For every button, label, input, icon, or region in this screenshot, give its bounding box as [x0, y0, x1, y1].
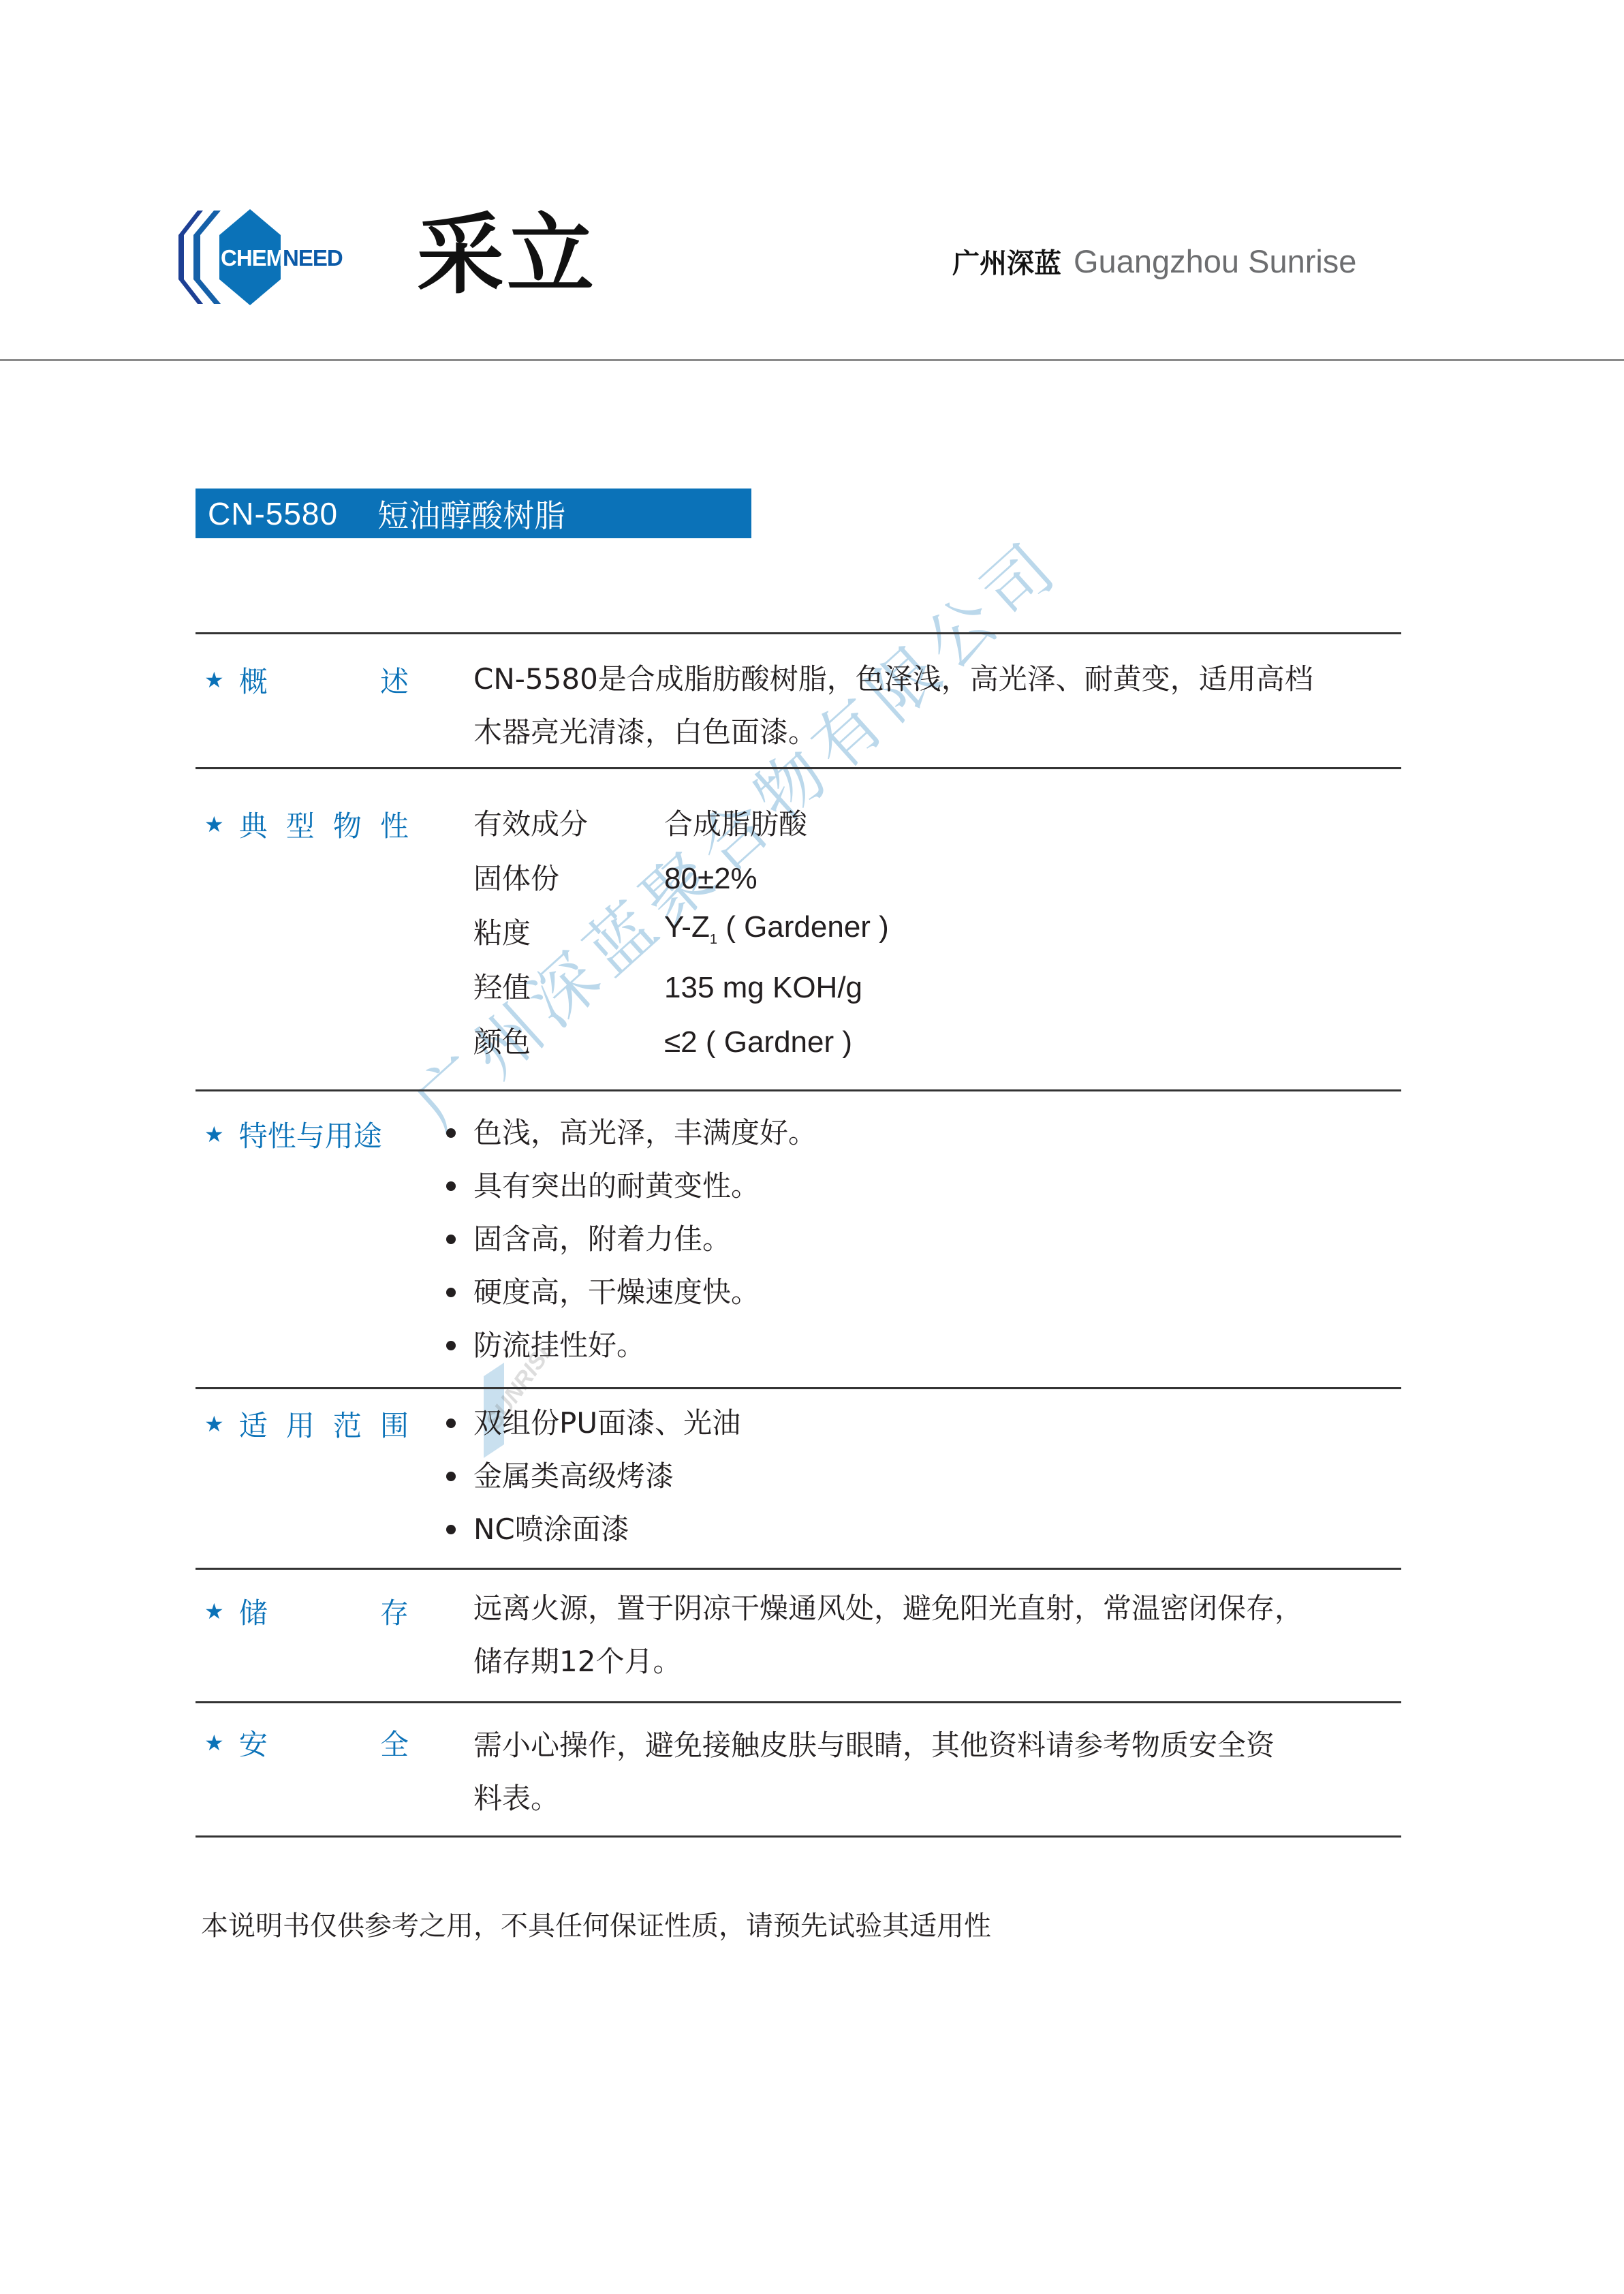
property-row: 有效成分 合成脂肪酸 [473, 797, 1400, 852]
property-row: 固体份 80±2% [473, 852, 1400, 906]
applications-list: 双组份PU面漆、光油 金属类高级烤漆 NC喷涂面漆 [473, 1397, 1400, 1556]
star-icon: ★ [204, 667, 224, 693]
properties-table: 有效成分 合成脂肪酸 固体份 80±2% 粘度 Y-Z1 ( Gardener … [473, 797, 1400, 1070]
section-label-features: ★ 特性与用途 [204, 1114, 409, 1155]
list-item: 具有突出的耐黄变性。 [473, 1160, 1400, 1213]
bullet-icon [446, 1472, 456, 1481]
product-name: 短油醇酸树脂 [377, 491, 565, 536]
company-name: 广州深蓝Guangzhou Sunrise [952, 242, 1356, 281]
star-icon: ★ [204, 811, 224, 837]
list-item: 双组份PU面漆、光油 [473, 1397, 1400, 1450]
list-item: 金属类高级烤漆 [473, 1450, 1400, 1503]
bullet-icon [446, 1288, 456, 1297]
section-label-overview: ★ 概 述 [204, 660, 409, 700]
table-rule-top [196, 632, 1401, 634]
list-item: 固含高，附着力佳。 [473, 1213, 1400, 1266]
bullet-icon [446, 1341, 456, 1350]
list-item: 色浅，高光泽，丰满度好。 [473, 1106, 1400, 1160]
company-name-cn: 广州深蓝 [952, 248, 1061, 279]
section-label-properties: ★ 典 型 物 性 [204, 804, 409, 845]
table-rule [196, 767, 1401, 769]
property-row: 羟值 135 mg KOH/g [473, 961, 1400, 1015]
section-storage-text: 远离火源，置于阴凉干燥通风处，避免阳光直射，常温密闭保存， 储存期12个月。 [473, 1582, 1400, 1688]
section-overview-text: CN-5580是合成脂肪酸树脂，色泽浅，高光泽、耐黄变，适用高档 木器亮光清漆，… [473, 653, 1400, 759]
brand-name-cn: 采立 [417, 204, 597, 307]
bullet-icon [446, 1235, 456, 1244]
star-icon: ★ [204, 1730, 224, 1756]
property-row: 粘度 Y-Z1 ( Gardener ) [473, 906, 1400, 961]
logo-need-text: NEED [283, 245, 343, 270]
table-rule [196, 1701, 1401, 1703]
bullet-icon [446, 1419, 456, 1428]
section-label-applications: ★ 适 用 范 围 [204, 1404, 409, 1444]
section-label-safety: ★ 安 全 [204, 1722, 409, 1763]
chemneed-logo: CHEM NEED [178, 208, 396, 307]
header-divider [0, 359, 1624, 361]
list-item: 防流挂性好。 [473, 1319, 1400, 1372]
list-item: 硬度高，干燥速度快。 [473, 1266, 1400, 1319]
company-name-en: Guangzhou Sunrise [1074, 243, 1356, 279]
product-title-bar: CN-5580 短油醇酸树脂 [196, 489, 751, 538]
bullet-icon [446, 1128, 456, 1138]
table-rule [196, 1568, 1401, 1570]
star-icon: ★ [204, 1411, 224, 1437]
list-item: NC喷涂面漆 [473, 1503, 1400, 1556]
property-row: 颜色 ≤2 ( Gardner ) [473, 1015, 1400, 1070]
logo-chem-text: CHEM [221, 245, 284, 270]
table-rule [196, 1387, 1401, 1389]
table-rule-bottom [196, 1835, 1401, 1838]
hexagon-logo-icon: CHEM NEED [178, 208, 396, 307]
product-code: CN-5580 [208, 495, 338, 532]
disclaimer: 本说明书仅供参考之用，不具任何保证性质，请预先试验其适用性 [201, 1904, 991, 1943]
table-rule [196, 1089, 1401, 1091]
bullet-icon [446, 1525, 456, 1534]
bullet-icon [446, 1181, 456, 1191]
section-safety-text: 需小心操作，避免接触皮肤与眼睛，其他资料请参考物质安全资 料表。 [473, 1719, 1400, 1825]
section-label-storage: ★ 储 存 [204, 1591, 409, 1632]
features-list: 色浅，高光泽，丰满度好。 具有突出的耐黄变性。 固含高，附着力佳。 硬度高，干燥… [473, 1106, 1400, 1372]
star-icon: ★ [204, 1121, 224, 1147]
star-icon: ★ [204, 1598, 224, 1624]
